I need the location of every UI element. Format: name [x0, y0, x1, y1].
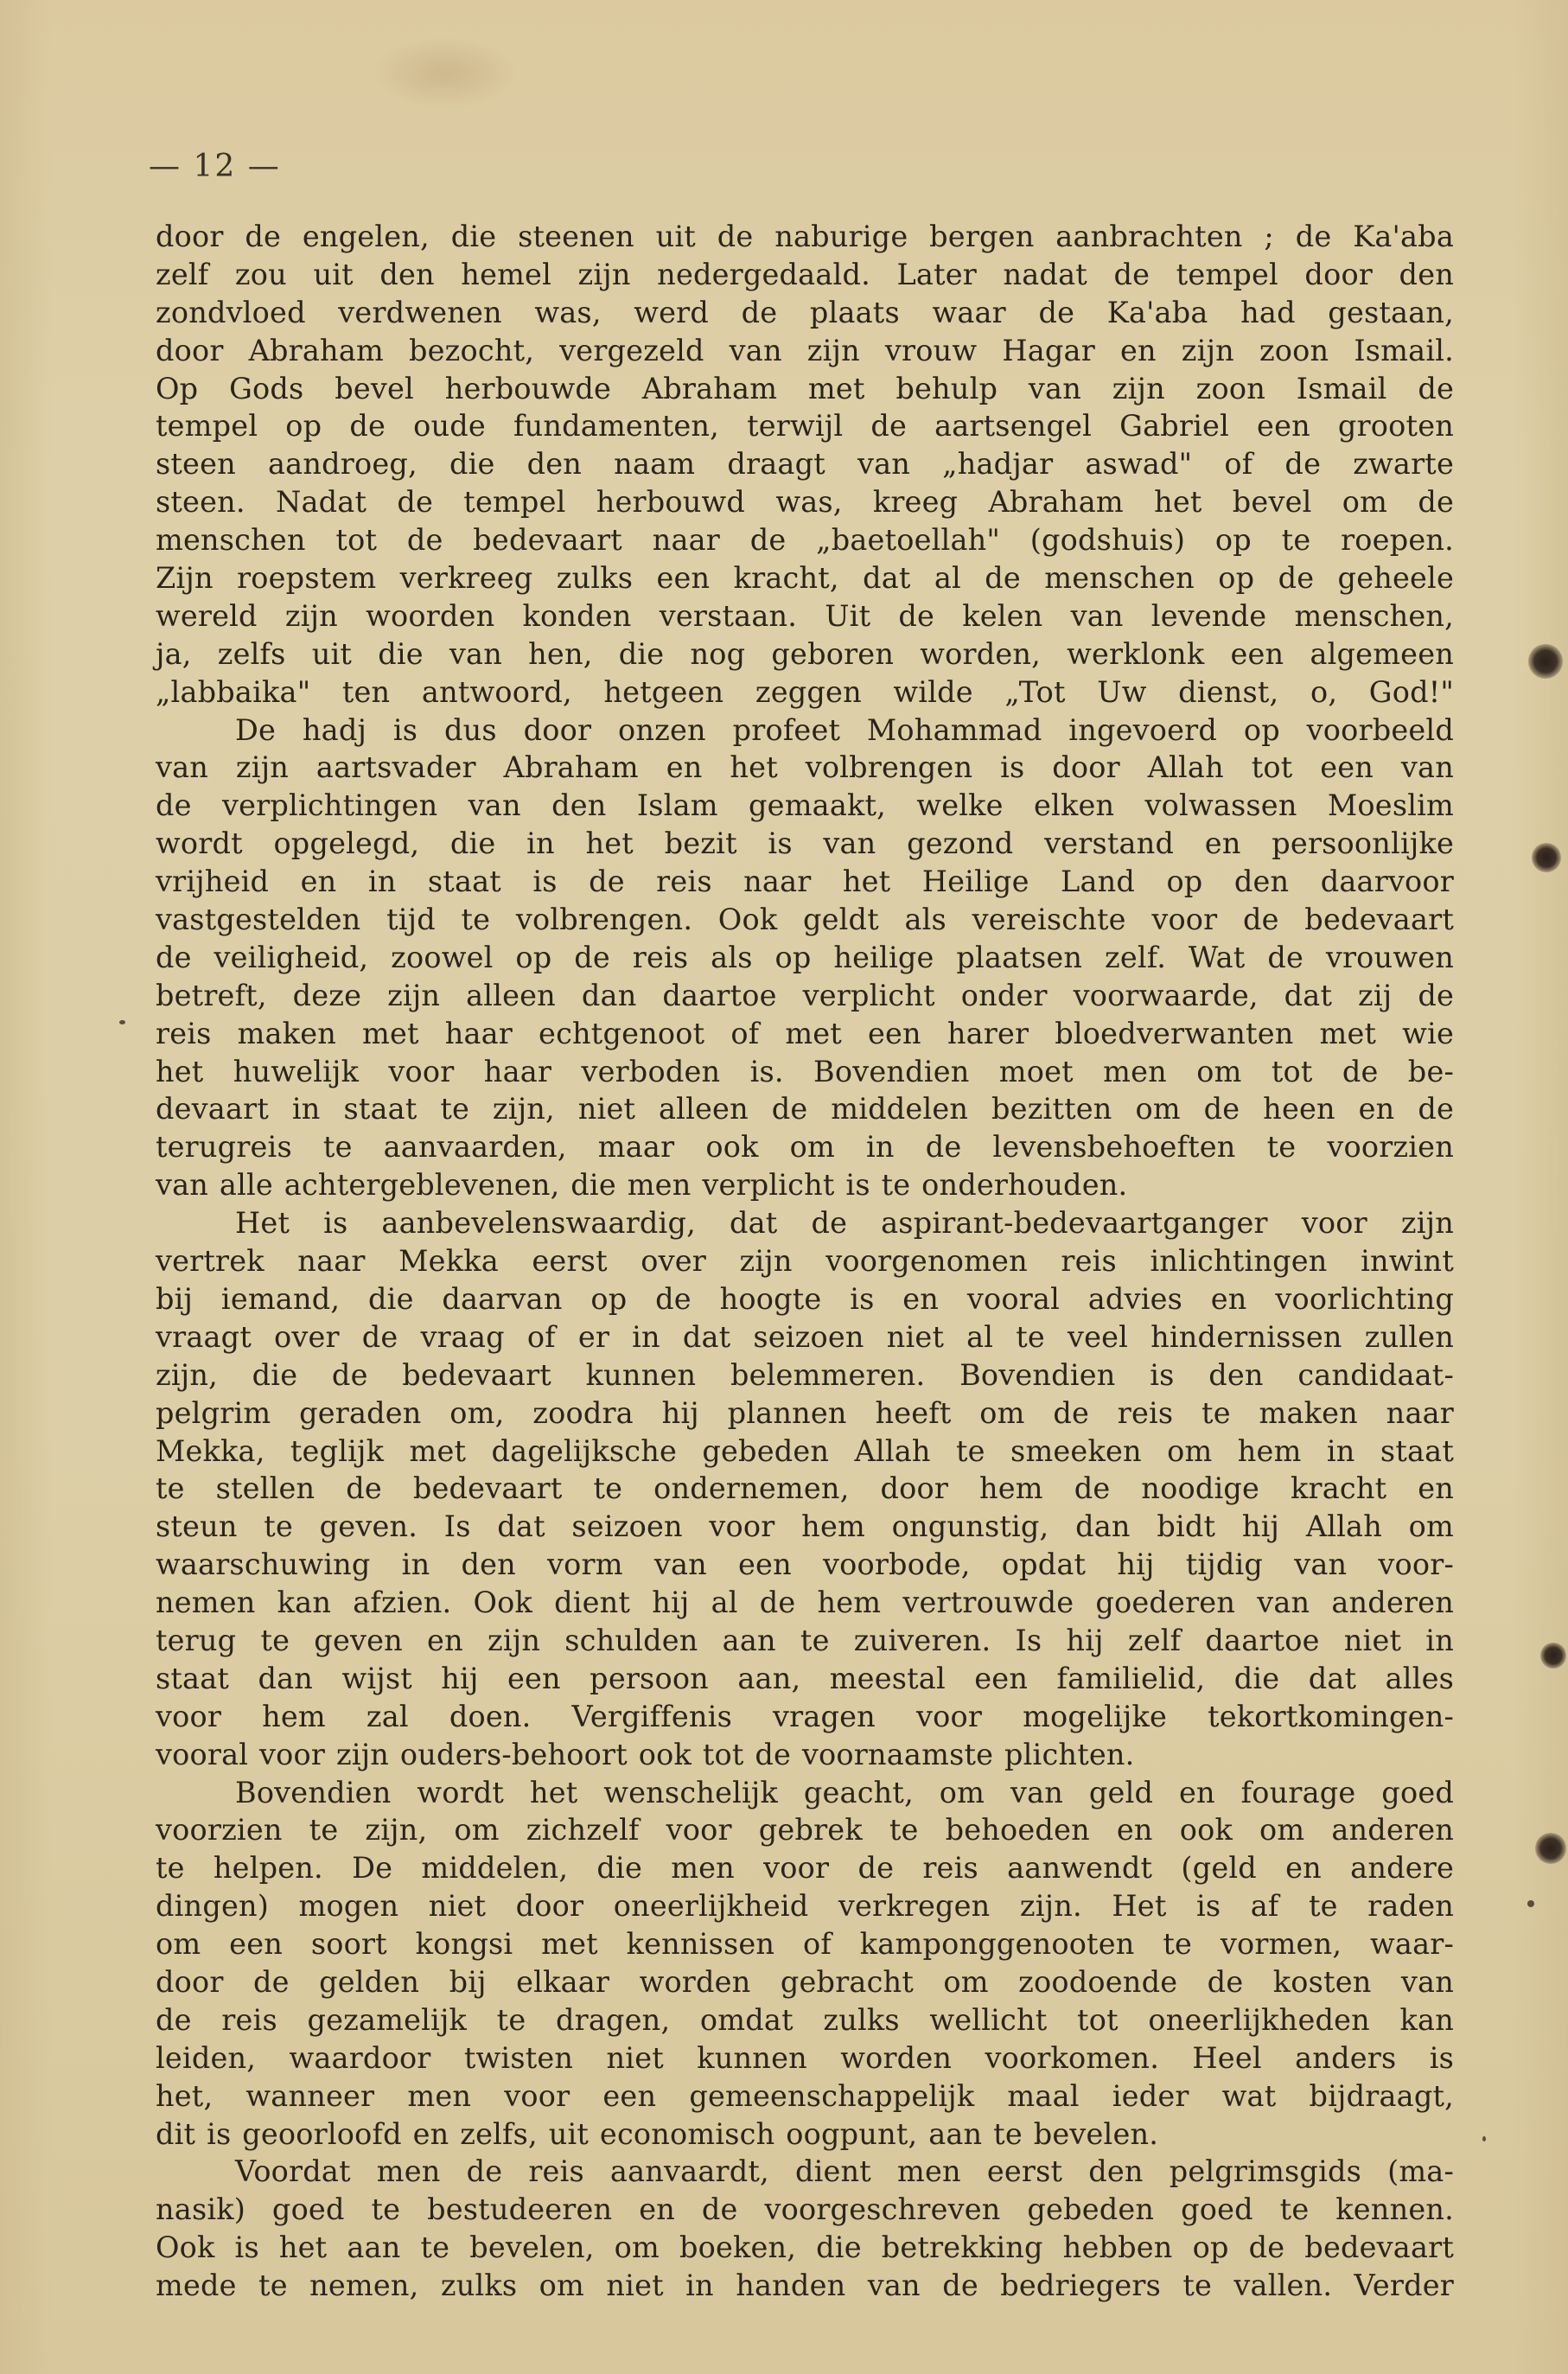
text-line: De hadj is dus door onzen profeet Mohamm… — [156, 712, 1454, 750]
text-line: zondvloed verdwenen was, werd de plaats … — [156, 294, 1454, 332]
body-text: door de engelen, die steenen uit de nabu… — [156, 218, 1454, 2305]
text-line: vraagt over de vraag of er in dat seizoe… — [156, 1318, 1454, 1356]
text-line: Voordat men de reis aanvaardt, dient men… — [156, 2153, 1454, 2191]
scanned-page: — 12 — door de engelen, die steenen uit … — [0, 0, 1568, 2374]
text-line: Het is aanbevelenswaardig, dat de aspira… — [156, 1204, 1454, 1242]
text-line: de reis gezamelijk te dragen, omdat zulk… — [156, 2001, 1454, 2039]
paper-speck — [119, 1020, 125, 1024]
text-line: leiden, waardoor twisten niet kunnen wor… — [156, 2039, 1454, 2077]
text-line: vrijheid en in staat is de reis naar het… — [156, 863, 1454, 901]
text-line: Mekka, teglijk met dagelijksche gebeden … — [156, 1433, 1454, 1471]
text-line: de verplichtingen van den Islam gemaakt,… — [156, 787, 1454, 825]
text-line: voor hem zal doen. Vergiffenis vragen vo… — [156, 1698, 1454, 1736]
text-line: door de engelen, die steenen uit de nabu… — [156, 218, 1454, 256]
text-line: te helpen. De middelen, die men voor de … — [156, 1849, 1454, 1887]
text-line: zijn, die de bedevaart kunnen belemmeren… — [156, 1356, 1454, 1394]
text-line: mede te nemen, zulks om niet in handen v… — [156, 2267, 1454, 2305]
text-line: om een soort kongsi met kennissen of kam… — [156, 1925, 1454, 1963]
paper-speck — [1482, 2136, 1486, 2141]
binding-hole — [1535, 1833, 1566, 1864]
text-line: wordt opgelegd, die in het bezit is van … — [156, 825, 1454, 863]
text-line: reis maken met haar echtgenoot of met ee… — [156, 1015, 1454, 1053]
text-line: door Abraham bezocht, vergezeld van zijn… — [156, 332, 1454, 370]
binding-hole — [1540, 1643, 1566, 1669]
text-line: voorzien te zijn, om zichzelf voor gebre… — [156, 1811, 1454, 1849]
text-line: „labbaika" ten antwoord, hetgeen zeggen … — [156, 673, 1454, 712]
text-line: dit is geoorloofd en zelfs, uit economis… — [156, 2116, 1454, 2154]
text-line: waarschuwing in den vorm van een voorbod… — [156, 1546, 1454, 1584]
text-line: vertrek naar Mekka eerst over zijn voorg… — [156, 1242, 1454, 1280]
text-line: terugreis te aanvaarden, maar ook om in … — [156, 1128, 1454, 1166]
text-line: Op Gods bevel herbouwde Abraham met behu… — [156, 370, 1454, 408]
binding-hole — [1528, 644, 1563, 679]
text-line: steun te geven. Is dat seizoen voor hem … — [156, 1508, 1454, 1546]
text-line: vastgestelden tijd te volbrengen. Ook ge… — [156, 901, 1454, 939]
text-line: devaart in staat te zijn, niet alleen de… — [156, 1090, 1454, 1128]
page-number: — 12 — — [149, 149, 281, 184]
text-line: door de gelden bij elkaar worden gebrach… — [156, 1963, 1454, 2001]
text-line: de veiligheid, zoowel op de reis als op … — [156, 939, 1454, 977]
binding-hole — [1532, 843, 1561, 872]
text-line: van zijn aartsvader Abraham en het volbr… — [156, 749, 1454, 787]
text-line: bij iemand, die daarvan op de hoogte is … — [156, 1280, 1454, 1318]
text-line: staat dan wijst hij een persoon aan, mee… — [156, 1660, 1454, 1698]
text-line: Zijn roepstem verkreeg zulks een kracht,… — [156, 559, 1454, 597]
text-line: steen. Nadat de tempel herbouwd was, kre… — [156, 483, 1454, 521]
text-line: van alle achtergeblevenen, die men verpl… — [156, 1166, 1454, 1204]
text-line: wereld zijn woorden konden verstaan. Uit… — [156, 597, 1454, 635]
text-line: te stellen de bedevaart te ondernemen, d… — [156, 1470, 1454, 1508]
text-line: menschen tot de bedevaart naar de „baeto… — [156, 521, 1454, 559]
text-line: betreft, deze zijn alleen dan daartoe ve… — [156, 977, 1454, 1015]
text-line: pelgrim geraden om, zoodra hij plannen h… — [156, 1394, 1454, 1433]
text-line: het huwelijk voor haar verboden is. Bove… — [156, 1053, 1454, 1091]
text-line: nasik) goed te bestudeeren en de voorges… — [156, 2191, 1454, 2229]
text-line: Bovendien wordt het wenschelijk geacht, … — [156, 1774, 1454, 1812]
text-line: Ook is het aan te bevelen, om boeken, di… — [156, 2229, 1454, 2267]
text-line: steen aandroeg, die den naam draagt van … — [156, 445, 1454, 483]
text-line: tempel op de oude fundamenten, terwijl d… — [156, 407, 1454, 445]
text-line: dingen) mogen niet door oneerlijkheid ve… — [156, 1887, 1454, 1925]
text-line: het, wanneer men voor een gemeenschappel… — [156, 2077, 1454, 2116]
text-line: terug te geven en zijn schulden aan te z… — [156, 1622, 1454, 1660]
text-line: vooral voor zijn ouders-behoort ook tot … — [156, 1736, 1454, 1774]
text-line: zelf zou uit den hemel zijn nedergedaald… — [156, 256, 1454, 294]
paper-speck — [1527, 1900, 1534, 1907]
text-line: ja, zelfs uit die van hen, die nog gebor… — [156, 635, 1454, 673]
text-line: nemen kan afzien. Ook dient hij al de he… — [156, 1584, 1454, 1622]
